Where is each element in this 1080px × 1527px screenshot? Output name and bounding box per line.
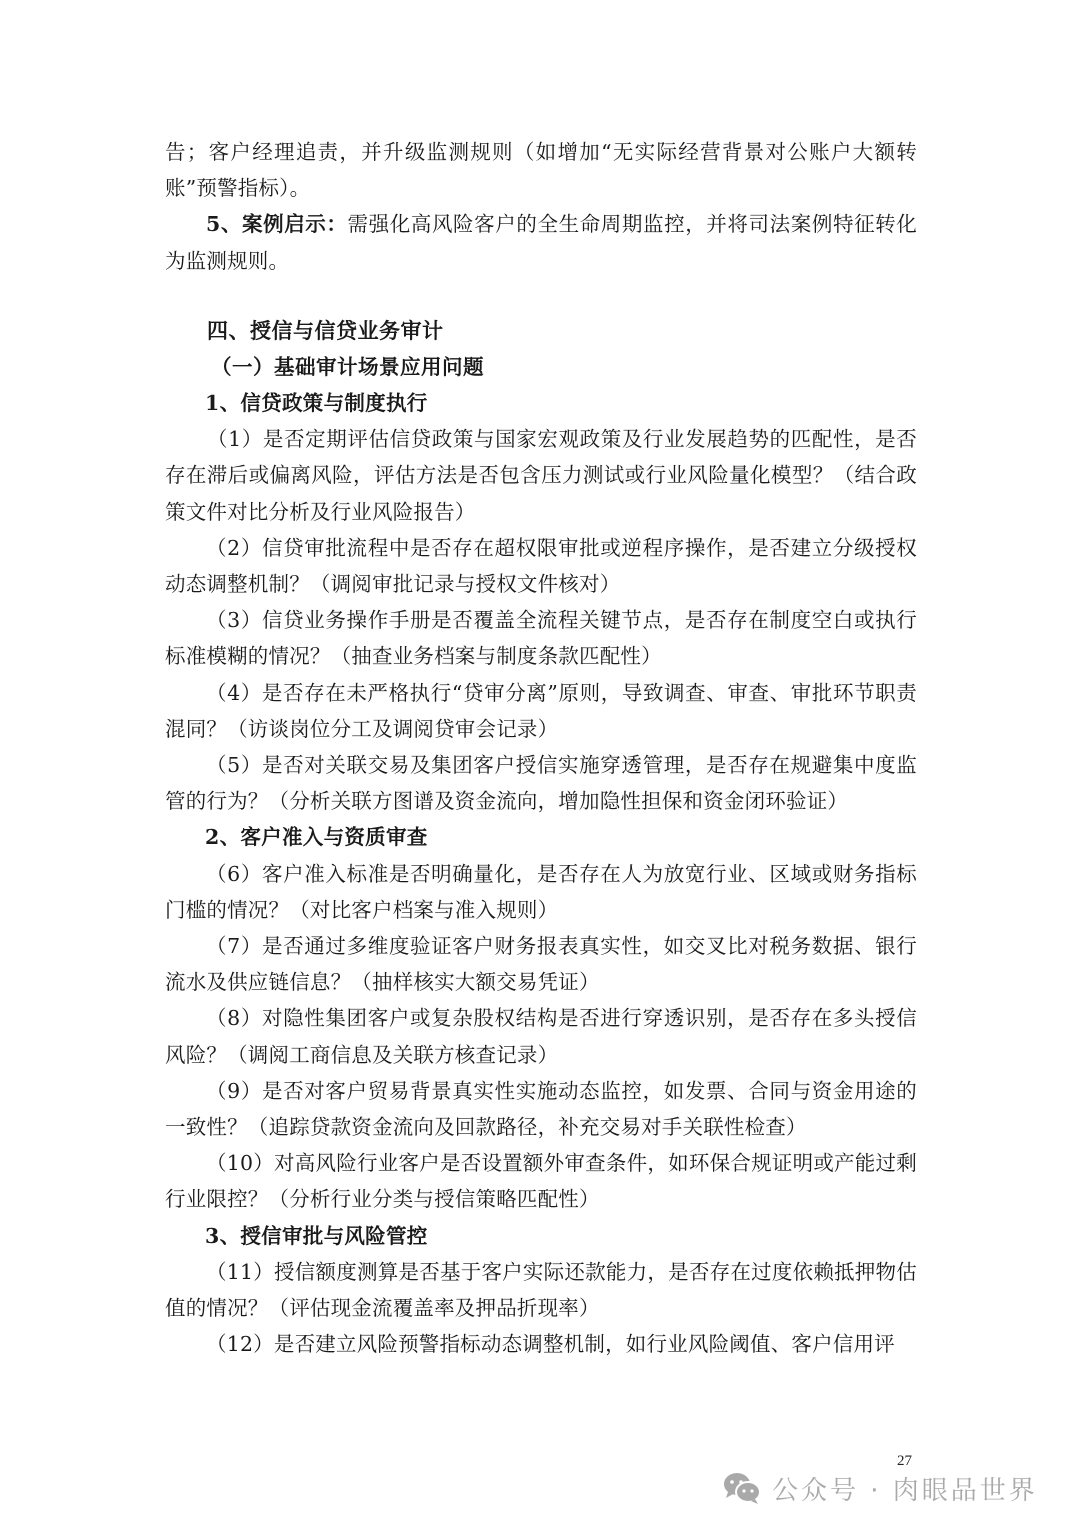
audit-item: （6）客户准入标准是否明确量化，是否存在人为放宽行业、区域或财务指标门槛的情况？… bbox=[165, 856, 917, 928]
watermark: 公众号 · 肉眼品世界 bbox=[722, 1460, 1038, 1516]
group-heading-3: 3、授信审批与风险管控 bbox=[165, 1218, 917, 1254]
audit-item: （7）是否通过多维度验证客户财务报表真实性，如交叉比对税务数据、银行流水及供应链… bbox=[165, 928, 917, 1000]
paragraph-continuation: 告；客户经理追责，并升级监测规则（如增加“无实际经营背景对公账户大额转账”预警指… bbox=[165, 134, 917, 206]
audit-item: （12）是否建立风险预警指标动态调整机制，如行业风险阈值、客户信用评 bbox=[165, 1326, 917, 1362]
audit-item: （4）是否存在未严格执行“贷审分离”原则，导致调查、审查、审批环节职责混同？（访… bbox=[165, 675, 917, 747]
case-insight-label: 5、案例启示： bbox=[206, 212, 348, 236]
group-heading-1: 1、信贷政策与制度执行 bbox=[165, 385, 917, 421]
audit-item: （11）授信额度测算是否基于客户实际还款能力，是否存在过度依赖抵押物估值的情况？… bbox=[165, 1254, 917, 1326]
audit-item: （5）是否对关联交易及集团客户授信实施穿透管理，是否存在规避集中度监管的行为？（… bbox=[165, 747, 917, 819]
audit-item: （8）对隐性集团客户或复杂股权结构是否进行穿透识别，是否存在多头授信风险？（调阅… bbox=[165, 1000, 917, 1072]
document-page: 告；客户经理追责，并升级监测规则（如增加“无实际经营背景对公账户大额转账”预警指… bbox=[165, 134, 917, 1363]
audit-item: （10）对高风险行业客户是否设置额外审查条件，如环保合规证明或产能过剩行业限控？… bbox=[165, 1145, 917, 1217]
wechat-icon bbox=[722, 1471, 762, 1505]
audit-item: （1）是否定期评估信贷政策与国家宏观政策及行业发展趋势的匹配性，是否存在滞后或偏… bbox=[165, 421, 917, 530]
section-title: 四、授信与信贷业务审计 bbox=[165, 313, 917, 349]
group-heading-2: 2、客户准入与资质审查 bbox=[165, 819, 917, 855]
audit-item: （2）信贷审批流程中是否存在超权限审批或逆程序操作，是否建立分级授权动态调整机制… bbox=[165, 530, 917, 602]
watermark-text: 公众号 · 肉眼品世界 bbox=[772, 1470, 1038, 1507]
paragraph-case-insight: 5、案例启示：需强化高风险客户的全生命周期监控，并将司法案例特征转化为监测规则。 bbox=[165, 206, 917, 278]
audit-item: （9）是否对客户贸易背景真实性实施动态监控，如发票、合同与资金用途的一致性？（追… bbox=[165, 1073, 917, 1145]
subsection-title: （一）基础审计场景应用问题 bbox=[165, 349, 917, 385]
audit-item: （3）信贷业务操作手册是否覆盖全流程关键节点，是否存在制度空白或执行标准模糊的情… bbox=[165, 602, 917, 674]
